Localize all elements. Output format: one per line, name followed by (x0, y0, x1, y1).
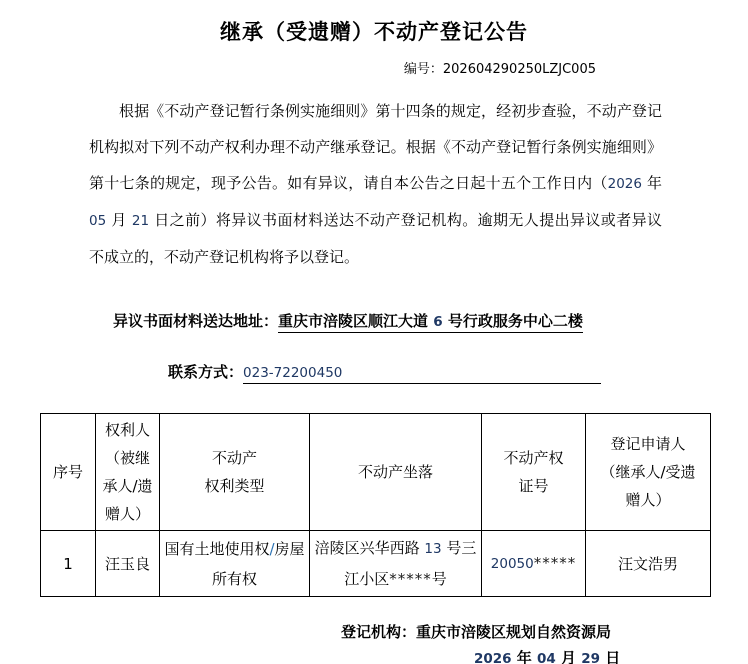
notice-document: { "page": { "title": "继承（受遗赠）不动产登记公告", "… (0, 0, 748, 664)
issue-year: 2026 (474, 651, 512, 664)
cell-cert-number: 20050***** (482, 531, 586, 597)
deadline-month: 05 (89, 213, 106, 229)
body-text-part1: 根据《不动产登记暂行条例实施细则》第十四条的规定，经初步查验，不动产登记机构拟对… (89, 102, 662, 192)
cert-number-masked: ***** (534, 554, 577, 572)
doc-number-label: 编号： (404, 62, 443, 77)
header-applicant: 登记申请人 （继承人/受遗 赠人） (586, 414, 711, 531)
doc-number-line: 编号：202604290250LZJC005 (0, 58, 596, 77)
table-row: 1 汪玉良 国有土地使用权/房屋所有权 涪陵区兴华西路 13 号三江小区****… (41, 531, 711, 597)
contact-line: 联系方式：023-72200450 (168, 362, 748, 384)
header-holder: 权利人 （被继 承人/遗 赠人） (96, 414, 160, 531)
issue-day-unit: 日 (600, 649, 620, 664)
page-title: 继承（受遗赠）不动产登记公告 (0, 0, 748, 46)
issue-month: 04 (537, 651, 556, 664)
header-seq: 序号 (41, 414, 96, 531)
cell-right-type: 国有土地使用权/房屋所有权 (160, 531, 310, 597)
agency-label: 登记机构： (341, 623, 416, 641)
objection-address-line: 异议书面材料送达地址：重庆市涪陵区顺江大道 6 号行政服务中心二楼 (113, 311, 748, 333)
contact-label: 联系方式： (168, 363, 243, 381)
address-value: 重庆市涪陵区顺江大道 6 号行政服务中心二楼 (278, 311, 583, 333)
issue-year-unit: 年 (512, 649, 537, 664)
issue-month-unit: 月 (556, 649, 581, 664)
year-unit: 年 (642, 174, 662, 192)
cert-number-digits: 20050 (491, 556, 534, 572)
address-number: 6 (433, 314, 442, 330)
table-body: 1 汪玉良 国有土地使用权/房屋所有权 涪陵区兴华西路 13 号三江小区****… (41, 531, 711, 597)
agency-name: 重庆市涪陵区规划自然资源局 (416, 623, 611, 641)
doc-number-value: 202604290250LZJC005 (443, 62, 596, 77)
registration-agency-line: 登记机构：重庆市涪陵区规划自然资源局 (341, 623, 748, 642)
table-header: 序号 权利人 （被继 承人/遗 赠人） 不动产 权利类型 不动产坐落 不动产权 … (41, 414, 711, 531)
header-location: 不动产坐落 (310, 414, 482, 531)
body-text-part2: 日之前）将异议书面材料送达不动产登记机构。逾期无人提出异议或者异议不成立的，不动… (89, 211, 662, 266)
address-label: 异议书面材料送达地址： (113, 312, 278, 330)
issue-day: 29 (581, 651, 600, 664)
location-masked-digits: ***** (389, 570, 432, 588)
registration-table: 序号 权利人 （被继 承人/遗 赠人） 不动产 权利类型 不动产坐落 不动产权 … (40, 413, 711, 597)
header-cert-number: 不动产权 证号 (482, 414, 586, 531)
location-part3: 号 (432, 570, 447, 588)
notice-body-paragraph: 根据《不动产登记暂行条例实施细则》第十四条的规定，经初步查验，不动产登记机构拟对… (89, 93, 662, 275)
deadline-year: 2026 (608, 176, 642, 192)
issue-date-line: 2026 年 04 月 29 日 (474, 649, 748, 664)
location-number: 13 (424, 541, 441, 557)
contact-phone: 023-72200450 (243, 363, 601, 384)
cell-holder: 汪玉良 (96, 531, 160, 597)
cell-location: 涪陵区兴华西路 13 号三江小区*****号 (310, 531, 482, 597)
month-unit: 月 (106, 211, 132, 229)
cell-applicant: 汪文浩男 (586, 531, 711, 597)
table-header-row: 序号 权利人 （被继 承人/遗 赠人） 不动产 权利类型 不动产坐落 不动产权 … (41, 414, 711, 531)
cell-seq: 1 (41, 531, 96, 597)
address-value-part1: 重庆市涪陵区顺江大道 (278, 312, 433, 330)
deadline-day: 21 (132, 213, 149, 229)
right-type-part1: 国有土地使用权 (164, 540, 269, 558)
address-value-part2: 号行政服务中心二楼 (443, 312, 583, 330)
header-right-type: 不动产 权利类型 (160, 414, 310, 531)
location-part1: 涪陵区兴华西路 (315, 539, 425, 557)
